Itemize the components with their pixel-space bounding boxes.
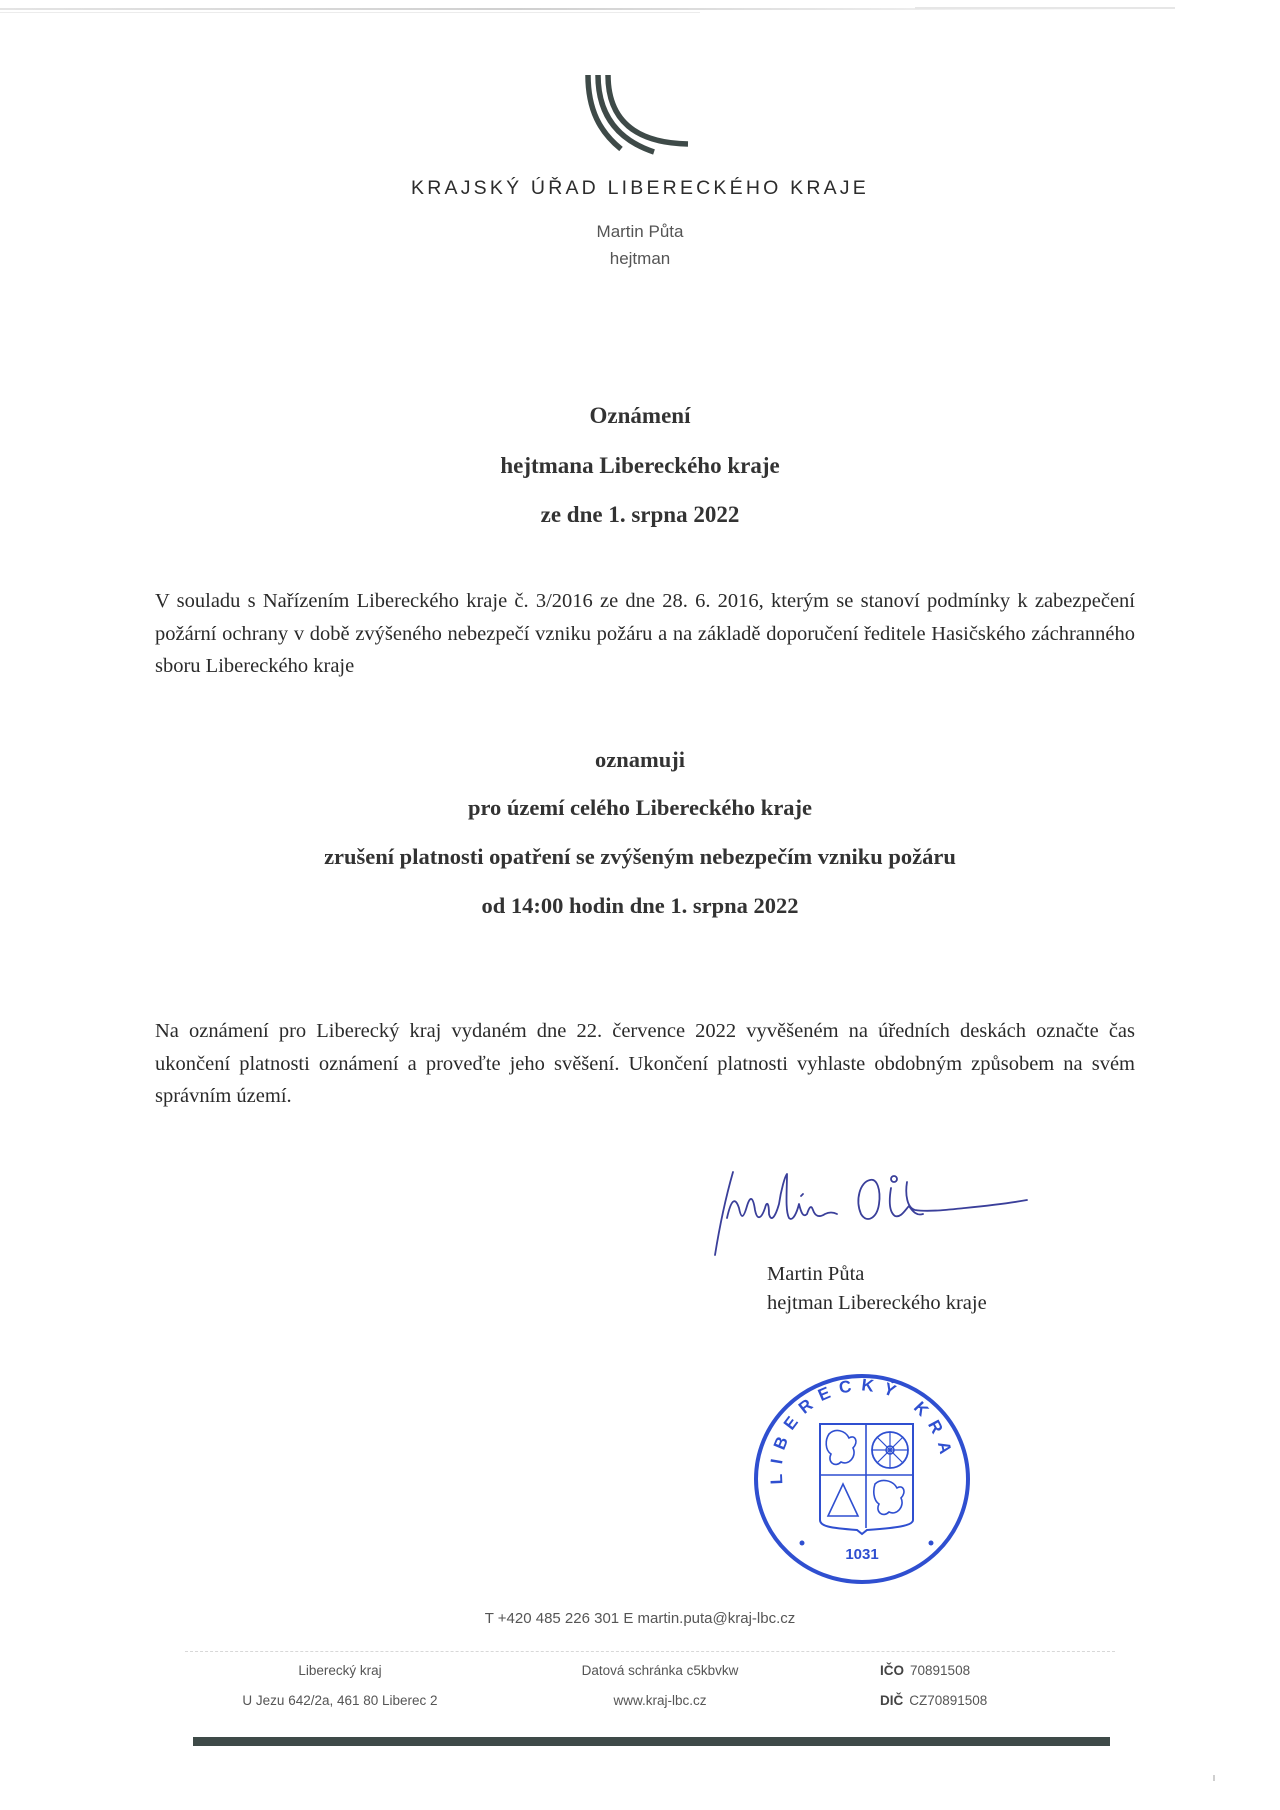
footer-data-box: Datová schránka c5kbvkw [520,1663,800,1678]
footer-address: U Jezu 642/2a, 461 80 Liberec 2 [200,1693,480,1708]
contact-line: T +420 485 226 301 E martin.puta@kraj-lb… [0,1610,1280,1627]
instructions-paragraph-text: Na oznámení pro Liberecký kraj vydaném d… [155,1015,1135,1113]
svg-text:1031: 1031 [845,1546,878,1563]
handwritten-signature-icon [695,1160,1045,1260]
footer-ico: IČO70891508 [880,1663,1100,1678]
intro-paragraph-text: V souladu s Nařízením Libereckého kraje … [155,585,1135,683]
footer-org-name: Liberecký kraj [200,1663,480,1678]
declaration-effective-time: od 14:00 hodin dne 1. srpna 2022 [0,893,1280,919]
document-date: ze dne 1. srpna 2022 [0,502,1280,528]
footer-dic-label: DIČ [880,1693,903,1708]
declaration-subject: zrušení platnosti opatření se zvýšeným n… [0,844,1280,870]
header-person-role: hejtman [0,249,1280,269]
footer-website-link[interactable]: www.kraj-lbc.cz [520,1693,800,1708]
signatory-name: Martin Půta [767,1263,864,1286]
intro-paragraph: V souladu s Nařízením Libereckého kraje … [155,585,1135,683]
three-arcs-logo-icon [580,70,700,160]
footer-dic: DIČCZ70891508 [880,1693,1100,1708]
organization-name: KRAJSKÝ ÚŘAD LIBERECKÉHO KRAJE [0,177,1280,200]
scan-artifact-speck [1213,1775,1215,1781]
footer-bar [193,1737,1110,1746]
footer-ico-label: IČO [880,1663,904,1678]
instructions-paragraph: Na oznámení pro Liberecký kraj vydaném d… [155,1015,1135,1113]
declaration-verb: oznamuji [0,747,1280,773]
header-person-name: Martin Půta [0,222,1280,242]
document-subtitle: hejtmana Libereckého kraje [0,453,1280,479]
scan-artifact-line [915,7,1175,9]
footer-dic-value: CZ70891508 [909,1693,987,1708]
signatory-title: hejtman Libereckého kraje [767,1292,987,1315]
document-title: Oznámení [0,403,1280,429]
footer-divider [185,1651,1115,1652]
declaration-scope: pro území celého Libereckého kraje [0,795,1280,821]
footer-ico-value: 70891508 [910,1663,970,1678]
official-stamp-icon: LIBERECKÝ KRAJ 1031 [745,1362,975,1588]
scan-artifact-line [0,12,700,13]
